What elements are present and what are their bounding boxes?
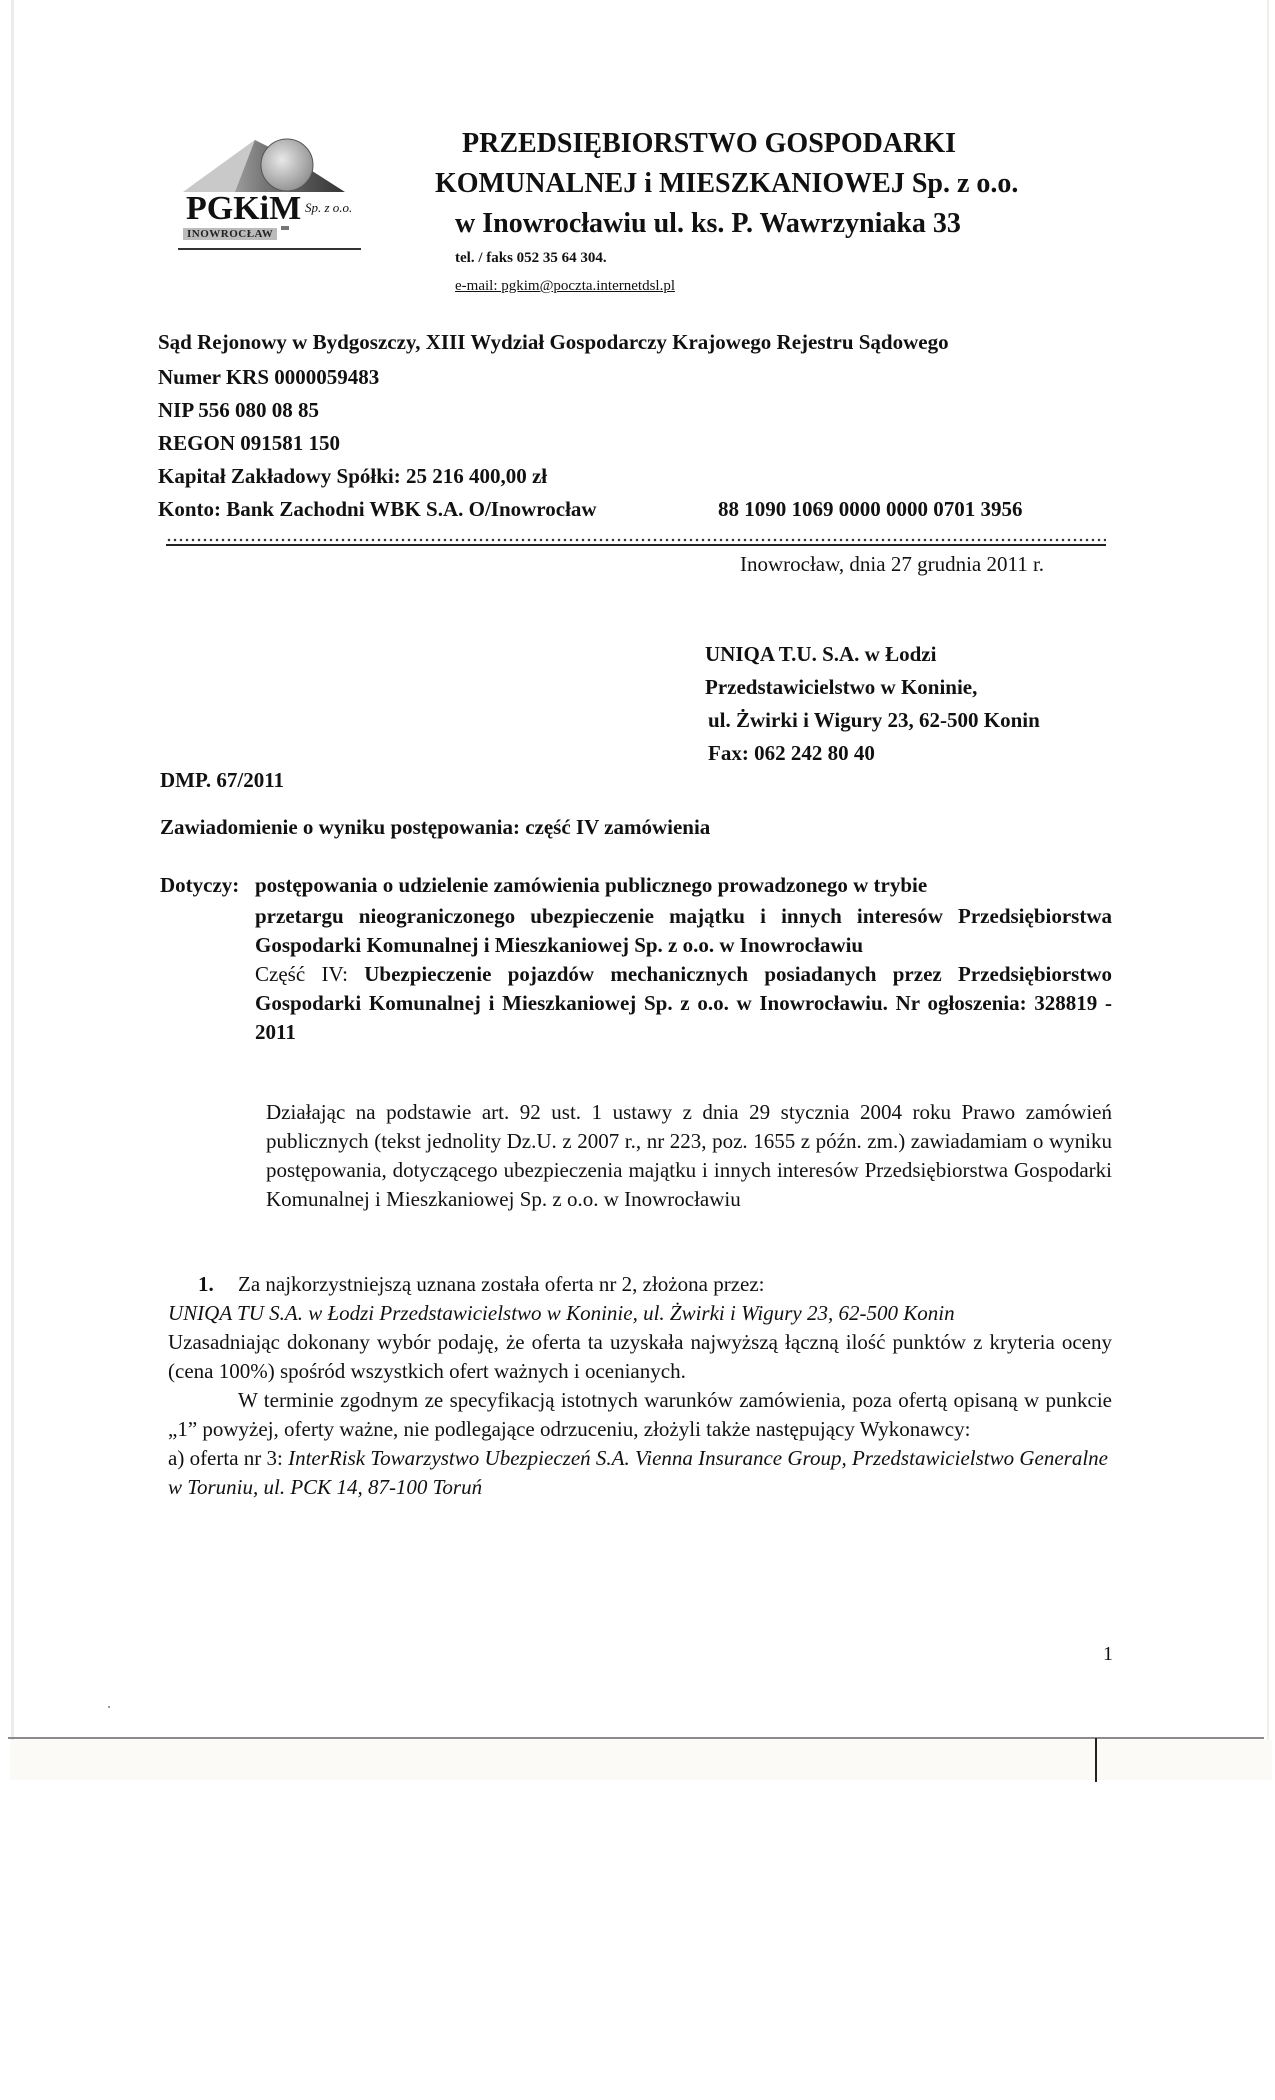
scan-mark <box>1095 1738 1097 1782</box>
recipient-fax: Fax: 062 242 80 40 <box>708 741 875 766</box>
page-number: 1 <box>1103 1643 1113 1666</box>
offer-a-label: a) oferta nr 3: <box>168 1446 283 1470</box>
company-phone: tel. / faks 052 35 64 304. <box>455 250 607 267</box>
other-offers-intro: W terminie zgodnym ze specyfikacją istot… <box>168 1386 1112 1444</box>
page-bottom-edge <box>8 1737 1264 1739</box>
logo-city: INOWROCŁAW <box>183 228 277 240</box>
reference-number: DMP. 67/2011 <box>160 768 284 793</box>
company-name-line-2: KOMUNALNEJ i MIESZKANIOWEJ Sp. z o.o. <box>435 168 1018 200</box>
concerns-part-description: Ubezpieczenie pojazdów mechanicznych pos… <box>255 962 1112 1044</box>
registration-court: Sąd Rejonowy w Bydgoszczy, XIII Wydział … <box>158 330 949 355</box>
registration-krs: Numer KRS 0000059483 <box>158 365 379 390</box>
registration-nip: NIP 556 080 08 85 <box>158 398 319 423</box>
document-subject: Zawiadomienie o wyniku postępowania: czę… <box>160 815 710 840</box>
header-separator <box>166 544 1106 546</box>
registration-regon: REGON 091581 150 <box>158 431 340 456</box>
recipient-line-2: Przedstawicielstwo w Koninie, <box>705 675 977 700</box>
date-line: Inowrocław, dnia 27 grudnia 2011 r. <box>740 552 1044 577</box>
registration-capital: Kapitał Zakładowy Spółki: 25 216 400,00 … <box>158 464 547 489</box>
concerns-procedure: przetargu nieograniczonego ubezpieczenie… <box>255 904 1112 957</box>
company-logo: PGKiM INOWROCŁAW Sp. z o.o. <box>175 130 375 240</box>
company-address: w Inowrocławiu ul. ks. P. Wawrzyniaka 33 <box>455 208 961 240</box>
offer-a-name: InterRisk Towarzystwo Ubezpieczeń S.A. V… <box>168 1446 1108 1499</box>
item-heading: Za najkorzystniejszą uznana została ofer… <box>238 1272 765 1296</box>
concerns-part-label: Część IV: <box>255 962 348 986</box>
item-number: 1. <box>168 1270 238 1299</box>
logo-underline <box>178 248 361 250</box>
recipient-line-1: UNIQA T.U. S.A. w Łodzi <box>705 642 936 667</box>
intro-paragraph: Działając na podstawie art. 92 ust. 1 us… <box>266 1098 1112 1214</box>
concerns-first-line: postępowania o udzielenie zamówienia pub… <box>255 873 927 898</box>
selection-justification: Uzasadniając dokonany wybór podaję, że o… <box>168 1328 1112 1386</box>
winning-offer: UNIQA TU S.A. w Łodzi Przedstawicielstwo… <box>168 1299 1112 1328</box>
scan-bottom-strip <box>10 1740 1272 1780</box>
registration-account-number: 88 1090 1069 0000 0000 0701 3956 <box>718 497 1023 522</box>
company-name-line-1: PRZEDSIĘBIORSTWO GOSPODARKI <box>462 128 956 160</box>
scan-speck <box>108 1706 110 1708</box>
dotted-separator <box>166 538 1106 542</box>
concerns-body: przetargu nieograniczonego ubezpieczenie… <box>255 902 1112 1047</box>
recipient-line-3: ul. Żwirki i Wigury 23, 62-500 Konin <box>708 708 1040 733</box>
scan-edge-left <box>11 0 14 1780</box>
company-email-link[interactable]: e-mail: pgkim@poczta.internetdsl.pl <box>455 278 675 295</box>
scan-edge-right <box>1267 0 1269 1780</box>
registration-bank: Konto: Bank Zachodni WBK S.A. O/Inowrocł… <box>158 497 597 522</box>
concerns-label: Dotyczy: <box>160 873 239 898</box>
logo-name: PGKiM <box>183 192 304 226</box>
result-item: 1.Za najkorzystniejszą uznana została of… <box>168 1270 1112 1502</box>
logo-suffix: Sp. z o.o. <box>305 200 352 216</box>
